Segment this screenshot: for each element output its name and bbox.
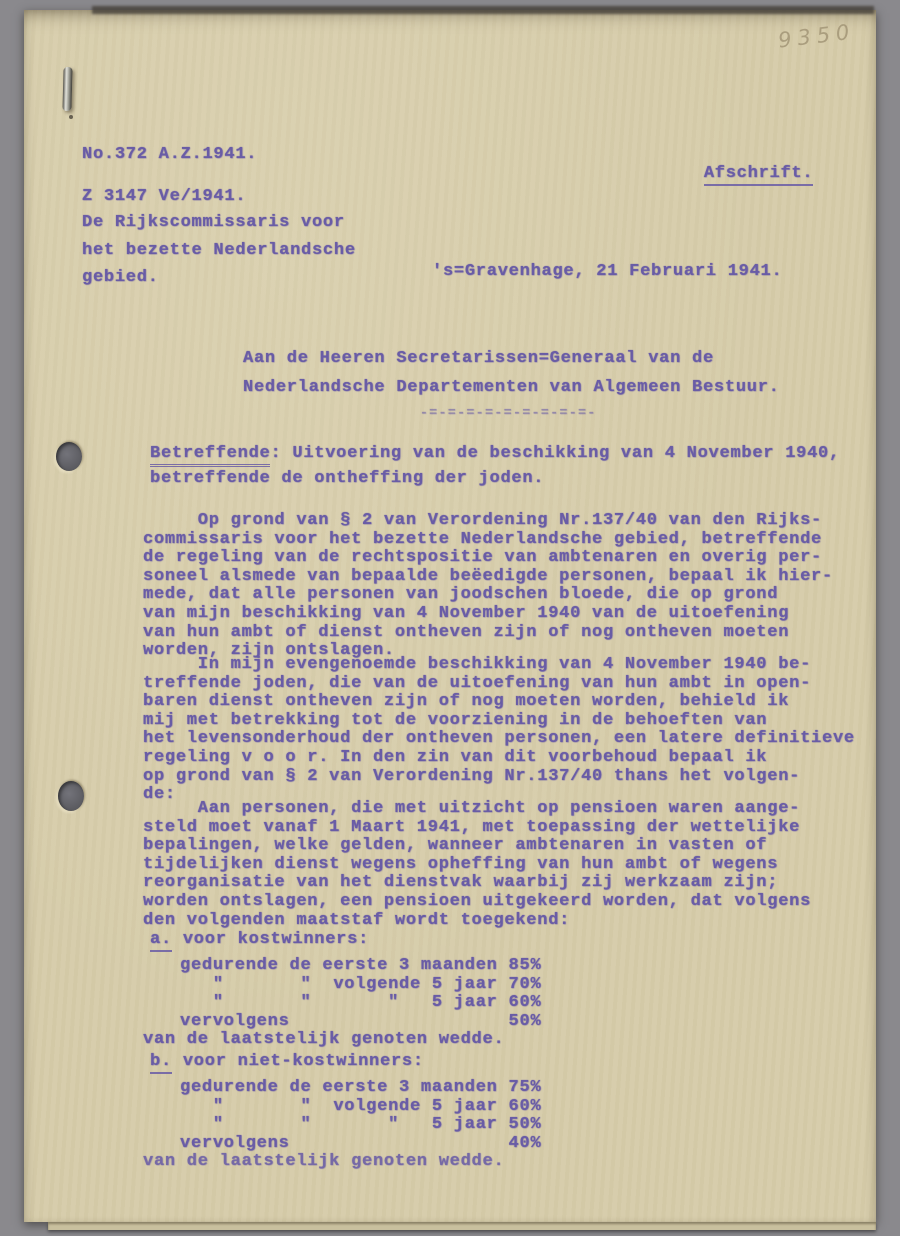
list-b-marker: b.: [150, 1052, 172, 1074]
list-a-heading: a. voor kostwinners:: [150, 931, 369, 950]
address-line-2: Nederlandsche Departementen van Algemeen…: [243, 379, 780, 398]
staple-mark: [69, 115, 73, 119]
body-paragraph-2: In mijn evengenoemde beschikking van 4 N…: [143, 656, 855, 805]
subject-label: Betreffende: [150, 444, 270, 467]
place-date-line: 's=Gravenhage, 21 Februari 1941.: [432, 263, 782, 282]
list-a-footer: van de laatstelijk genoten wedde.: [143, 1031, 504, 1050]
sender-line-3: gebied.: [82, 269, 159, 288]
sender-line-2: het bezette Nederlandsche: [82, 242, 356, 261]
list-a-marker: a.: [150, 930, 172, 952]
document-scan: 9350 No.372 A.Z.1941. Z 3147 Ve/1941. De…: [0, 0, 900, 1236]
reference-z-line: Z 3147 Ve/1941.: [82, 188, 246, 207]
sender-line-1: De Rijkscommissaris voor: [82, 214, 345, 233]
punch-hole-bottom: [58, 781, 84, 811]
list-b-rows: gedurende de eerste 3 maanden 75% " " vo…: [180, 1079, 541, 1153]
copy-label: Afschrift.: [660, 146, 813, 202]
under-sheet-edge: [48, 1222, 876, 1230]
subject-line-2: betreffende de ontheffing der joden.: [150, 470, 544, 489]
list-a-rows: gedurende de eerste 3 maanden 85% " " vo…: [180, 957, 541, 1031]
list-b-footer: van de laatstelijk genoten wedde.: [143, 1153, 504, 1172]
reference-number-line: No.372 A.Z.1941.: [82, 146, 257, 165]
subject-line-1: Betreffende: Uitvoering van de beschikki…: [150, 445, 840, 464]
address-divider: -=-=-=-=-=-=-=-=-=-: [420, 404, 597, 423]
list-b-heading: b. voor niet-kostwinners:: [150, 1053, 424, 1072]
body-paragraph-3: Aan personen, die met uitzicht op pensio…: [143, 800, 811, 930]
list-b-title: voor niet-kostwinners:: [172, 1052, 424, 1071]
list-a-title: voor kostwinners:: [172, 930, 369, 949]
staple: [62, 67, 72, 111]
punch-hole-top: [56, 442, 82, 471]
paper-top-edge-shadow: [92, 6, 874, 14]
body-paragraph-1: Op grond van § 2 van Verordening Nr.137/…: [143, 512, 833, 661]
subject-after-label: : Uitvoering van de beschikking van 4 No…: [270, 444, 840, 463]
copy-label-text: Afschrift.: [704, 164, 814, 186]
address-line-1: Aan de Heeren Secretarissen=Generaal van…: [243, 350, 714, 369]
